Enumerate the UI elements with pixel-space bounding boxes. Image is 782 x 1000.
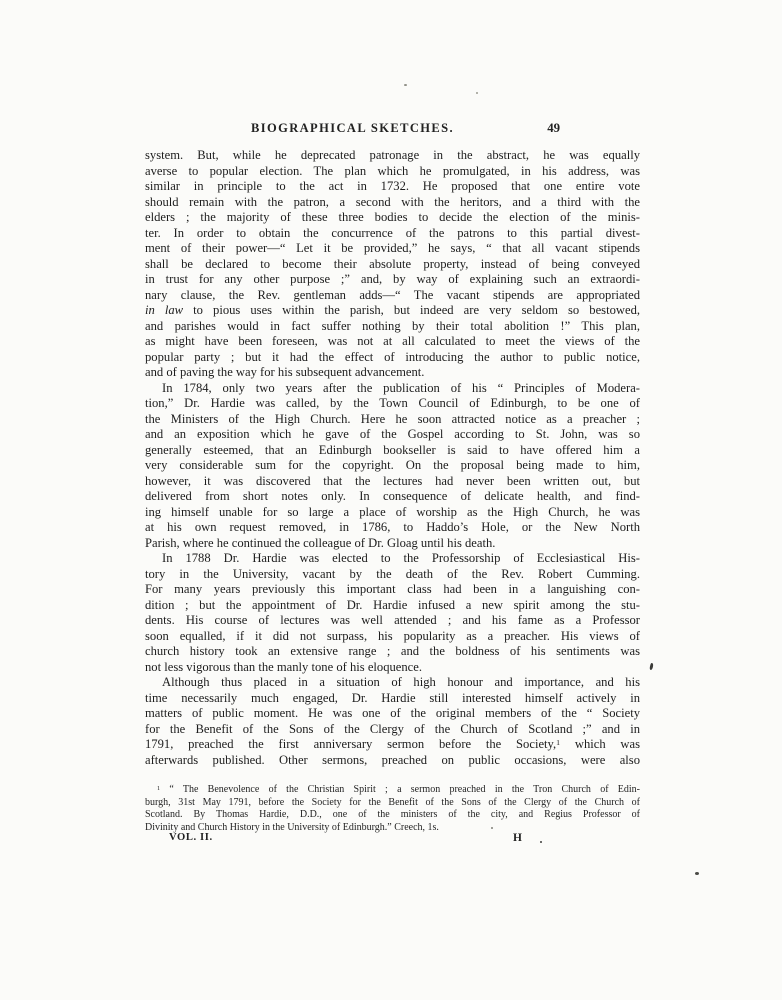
text-line: soon equalled, if it did not surpass, hi… [145, 629, 640, 645]
text-line: matters of public moment. He was one of … [145, 706, 640, 722]
text-line: ter. In order to obtain the concurrence … [145, 226, 640, 242]
text-line: church history took an extensive range ;… [145, 644, 640, 660]
text-line: generally esteemed, that an Edinburgh bo… [145, 443, 640, 459]
text-line: ment of their power—“ Let it be provided… [145, 241, 640, 257]
text-line: tion,” Dr. Hardie was called, by the Tow… [145, 396, 640, 412]
text-line: dition ; but the appointment of Dr. Hard… [145, 598, 640, 614]
text-line: 1791, preached the first anniversary ser… [145, 737, 640, 753]
text-line: nary clause, the Rev. gentleman adds—“ T… [145, 288, 640, 304]
text-line: not less vigorous than the manly tone of… [145, 660, 640, 676]
text-line: popular party ; but it had the effect of… [145, 350, 640, 366]
text-line: very considerable sum for the copyright.… [145, 458, 640, 474]
text-line: shall be declared to become their absolu… [145, 257, 640, 273]
text-line: burgh, 31st May 1791, before the Society… [145, 797, 640, 810]
scan-speck [404, 84, 407, 86]
text-line: and an exposition which he gave of the G… [145, 427, 640, 443]
text-line: the Ministers of the High Church. Here h… [145, 412, 640, 428]
text-line: Parish, where he continued the colleague… [145, 536, 640, 552]
footnote: 1 “ The Benevolence of the Christian Spi… [145, 784, 640, 834]
text-line: Although thus placed in a situation of h… [145, 675, 640, 691]
scan-speck [540, 841, 542, 843]
text-line: tory in the University, vacant by the de… [145, 567, 640, 583]
scan-speck [491, 827, 493, 829]
page-body-text: system. But, while he deprecated patrona… [145, 148, 640, 768]
text-line: and of paving the way for his subsequent… [145, 365, 640, 381]
text-line: as might have been foreseen, was not at … [145, 334, 640, 350]
text-line: similar in principle to the act in 1732.… [145, 179, 640, 195]
text-line: system. But, while he deprecated patrona… [145, 148, 640, 164]
text-line: In 1788 Dr. Hardie was elected to the Pr… [145, 551, 640, 567]
book-page: BIOGRAPHICAL SKETCHES. 49 system. But, w… [0, 0, 782, 1000]
scan-speck [476, 92, 478, 94]
text-line: ing himself unable for so large a place … [145, 505, 640, 521]
page-title: BIOGRAPHICAL SKETCHES. [145, 121, 560, 136]
text-line: however, it was discovered that the lect… [145, 474, 640, 490]
text-line: and parishes would in fact suffer nothin… [145, 319, 640, 335]
text-line: In 1784, only two years after the public… [145, 381, 640, 397]
text-line: should remain with the patron, a second … [145, 195, 640, 211]
text-line: 1 “ The Benevolence of the Christian Spi… [145, 784, 640, 797]
text-line: in trust for any other purpose ;” and, b… [145, 272, 640, 288]
text-line: dents. His course of lectures was well a… [145, 613, 640, 629]
footer-line: VOL. II. H [145, 832, 640, 846]
text-line: in law to pious uses within the parish, … [145, 303, 640, 319]
scan-speck [695, 872, 699, 875]
text-line: averse to popular election. The plan whi… [145, 164, 640, 180]
text-line: Scotland. By Thomas Hardie, D.D., one of… [145, 809, 640, 822]
text-line: afterwards published. Other sermons, pre… [145, 753, 640, 769]
volume-label: VOL. II. [169, 832, 213, 843]
scan-speck [649, 663, 654, 671]
text-line: at his own request removed, in 1786, to … [145, 520, 640, 536]
running-head: BIOGRAPHICAL SKETCHES. 49 [145, 121, 640, 139]
page-number: 49 [547, 121, 560, 136]
text-line: For many years previously this important… [145, 582, 640, 598]
text-line: time necessarily much engaged, Dr. Hardi… [145, 691, 640, 707]
signature-mark: H [513, 832, 522, 844]
text-line: elders ; the majority of these three bod… [145, 210, 640, 226]
text-line: for the Benefit of the Sons of the Clerg… [145, 722, 640, 738]
text-line: delivered from short notes only. In cons… [145, 489, 640, 505]
